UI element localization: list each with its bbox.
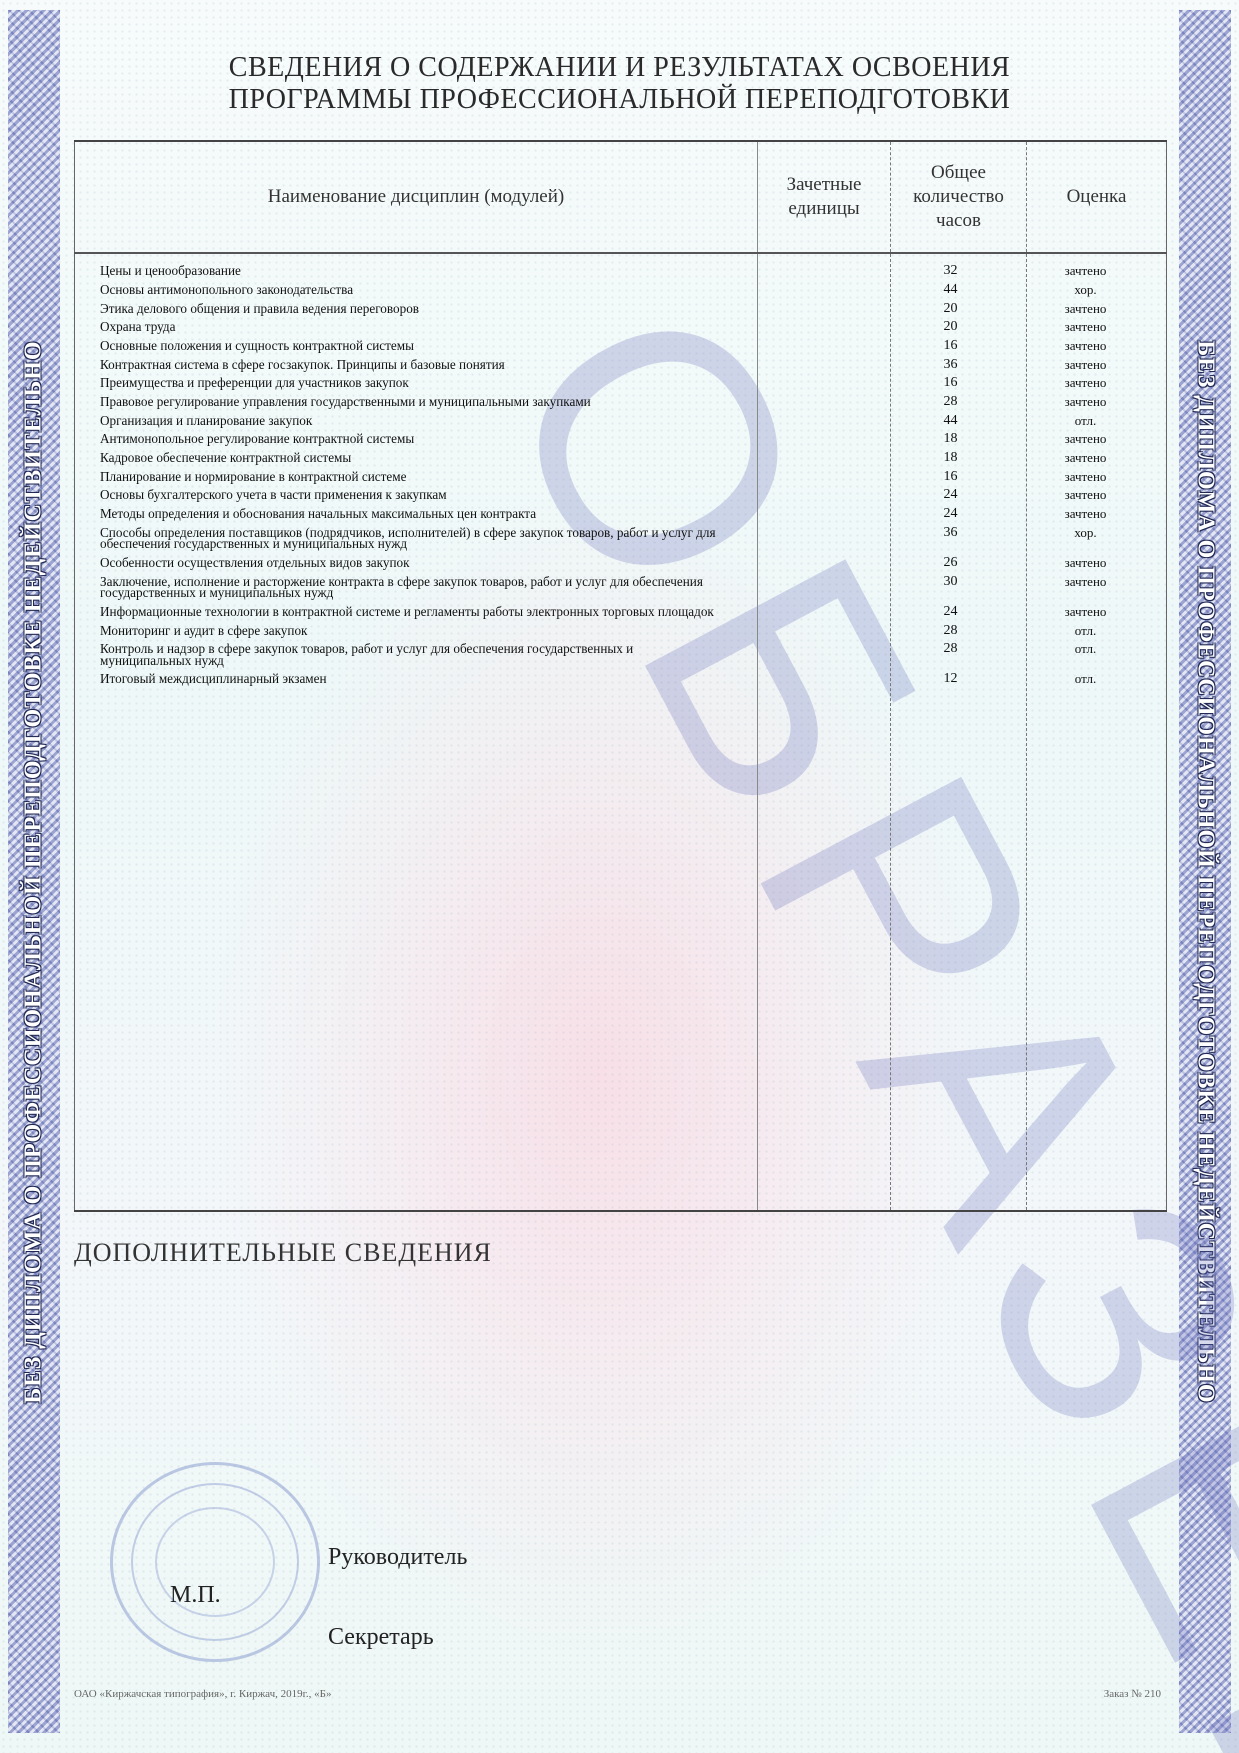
grade-cell: зачтено bbox=[1017, 489, 1154, 501]
seal-label: М.П. bbox=[170, 1582, 221, 1609]
table-row: Антимонопольное регулирование контрактно… bbox=[74, 426, 1154, 445]
credit-units-cell bbox=[754, 359, 884, 371]
grade-cell: зачтено bbox=[1017, 303, 1154, 315]
discipline-name-cell: Основы бухгалтерского учета в части прим… bbox=[74, 489, 720, 501]
credit-units-cell bbox=[754, 673, 884, 685]
grade-cell: зачтено bbox=[1017, 396, 1154, 408]
discipline-name-cell: Основные положения и сущность контрактно… bbox=[74, 340, 720, 352]
credit-units-cell bbox=[754, 508, 884, 520]
discipline-name-cell: Правовое регулирование управления госуда… bbox=[74, 396, 720, 408]
discipline-name-cell: Контроль и надзор в сфере закупок товаро… bbox=[74, 643, 720, 666]
left-security-border: БЕЗ ДИПЛОМА О ПРОФЕССИОНАЛЬНОЙ ПЕРЕПОДГО… bbox=[8, 10, 60, 1733]
grade-cell: зачтено bbox=[1017, 606, 1154, 618]
table-row: Кадровое обеспечение контрактной системы… bbox=[74, 445, 1154, 464]
table-row: Заключение, исполнение и расторжение кон… bbox=[74, 569, 1154, 599]
hours-cell: 44 bbox=[884, 415, 1017, 427]
credit-units-cell bbox=[754, 396, 884, 408]
header-total-hours: Общее количество часов bbox=[891, 141, 1027, 253]
credit-units-cell bbox=[754, 489, 884, 501]
discipline-name-cell: Способы определения поставщиков (подрядч… bbox=[74, 527, 720, 550]
table-row: Планирование и нормирование в контрактно… bbox=[74, 464, 1154, 483]
table-header-row: Наименование дисциплин (модулей) Зачетны… bbox=[75, 141, 1167, 253]
hours-cell: 20 bbox=[884, 321, 1017, 333]
discipline-name-cell: Кадровое обеспечение контрактной системы bbox=[74, 452, 720, 464]
table-row: Основные положения и сущность контрактно… bbox=[74, 333, 1154, 352]
header-discipline-name: Наименование дисциплин (модулей) bbox=[75, 141, 758, 253]
credit-units-cell bbox=[754, 557, 884, 569]
credit-units-cell bbox=[754, 284, 884, 296]
grade-cell: зачтено bbox=[1017, 433, 1154, 445]
table-row: Особенности осуществления отдельных видо… bbox=[74, 550, 1154, 569]
credit-units-cell bbox=[754, 321, 884, 333]
table-row: Мониторинг и аудит в сфере закупок28отл. bbox=[74, 617, 1154, 636]
grade-cell: зачтено bbox=[1017, 340, 1154, 352]
credit-units-cell bbox=[754, 340, 884, 352]
grade-cell: отл. bbox=[1017, 625, 1154, 637]
discipline-name-cell: Этика делового общения и правила ведения… bbox=[74, 303, 720, 315]
title-line-1: Сведения о содержании и результатах осво… bbox=[0, 52, 1239, 84]
grade-cell: отл. bbox=[1017, 415, 1154, 427]
hours-cell: 44 bbox=[884, 284, 1017, 296]
hours-cell: 16 bbox=[884, 471, 1017, 483]
discipline-name-cell: Цены и ценообразование bbox=[74, 265, 720, 277]
grade-cell: зачтено bbox=[1017, 508, 1154, 520]
page-title: Сведения о содержании и результатах осво… bbox=[0, 52, 1239, 116]
discipline-name-cell: Планирование и нормирование в контрактно… bbox=[74, 471, 720, 483]
discipline-name-cell: Охрана труда bbox=[74, 321, 720, 333]
hours-cell: 36 bbox=[884, 359, 1017, 371]
left-border-text: БЕЗ ДИПЛОМА О ПРОФЕССИОНАЛЬНОЙ ПЕРЕПОДГО… bbox=[21, 340, 48, 1403]
table-row: Правовое регулирование управления госуда… bbox=[74, 389, 1154, 408]
credit-units-cell bbox=[754, 606, 884, 618]
credit-units-cell bbox=[754, 471, 884, 483]
secretary-signature-label: Секретарь bbox=[328, 1624, 434, 1651]
table-row: Информационные технологии в контрактной … bbox=[74, 599, 1154, 618]
discipline-name-cell: Преимущества и преференции для участнико… bbox=[74, 377, 720, 389]
hours-cell: 20 bbox=[884, 303, 1017, 315]
credit-units-cell bbox=[754, 452, 884, 464]
table-row: Этика делового общения и правила ведения… bbox=[74, 295, 1154, 314]
grade-cell: хор. bbox=[1017, 284, 1154, 296]
grade-cell: зачтено bbox=[1017, 471, 1154, 483]
printer-info: ОАО «Киржачская типография», г. Киржач, … bbox=[74, 1688, 332, 1700]
header-grade: Оценка bbox=[1027, 141, 1167, 253]
grade-cell: зачтено bbox=[1017, 557, 1154, 569]
hours-cell: 36 bbox=[884, 527, 1017, 550]
discipline-name-cell: Итоговый междисциплинарный экзамен bbox=[74, 673, 720, 685]
credit-units-cell bbox=[754, 527, 884, 550]
discipline-name-cell: Мониторинг и аудит в сфере закупок bbox=[74, 625, 720, 637]
table-row: Итоговый междисциплинарный экзамен12отл. bbox=[74, 666, 1154, 685]
credit-units-cell bbox=[754, 265, 884, 277]
right-border-text: БЕЗ ДИПЛОМА О ПРОФЕССИОНАЛЬНОЙ ПЕРЕПОДГО… bbox=[1192, 340, 1219, 1403]
discipline-name-cell: Информационные технологии в контрактной … bbox=[74, 606, 720, 618]
credit-units-cell bbox=[754, 415, 884, 427]
header-credit-units-text: Зачетные единицы bbox=[779, 173, 869, 221]
order-number: Заказ № 210 bbox=[1104, 1688, 1161, 1700]
table-row: Охрана труда20зачтено bbox=[74, 314, 1154, 333]
grade-cell: отл. bbox=[1017, 673, 1154, 685]
table-row: Основы бухгалтерского учета в части прим… bbox=[74, 482, 1154, 501]
discipline-name-cell: Основы антимонопольного законодательства bbox=[74, 284, 720, 296]
disciplines-list: Цены и ценообразование32зачтеноОсновы ан… bbox=[74, 258, 1154, 685]
hours-cell: 28 bbox=[884, 396, 1017, 408]
title-line-2: программы профессиональной переподготовк… bbox=[0, 84, 1239, 116]
grade-cell: отл. bbox=[1017, 643, 1154, 666]
table-row: Цены и ценообразование32зачтено bbox=[74, 258, 1154, 277]
credit-units-cell bbox=[754, 643, 884, 666]
hours-cell: 26 bbox=[884, 557, 1017, 569]
credit-units-cell bbox=[754, 303, 884, 315]
table-row: Преимущества и преференции для участнико… bbox=[74, 370, 1154, 389]
credit-units-cell bbox=[754, 377, 884, 389]
hours-cell: 12 bbox=[884, 673, 1017, 685]
table-row: Организация и планирование закупок44отл. bbox=[74, 408, 1154, 427]
additional-info-title-text: Дополнительные сведения bbox=[74, 1238, 492, 1267]
table-row: Основы антимонопольного законодательства… bbox=[74, 277, 1154, 296]
grade-cell: зачтено bbox=[1017, 359, 1154, 371]
grade-cell: зачтено bbox=[1017, 321, 1154, 333]
credit-units-cell bbox=[754, 576, 884, 599]
hours-cell: 28 bbox=[884, 625, 1017, 637]
hours-cell: 16 bbox=[884, 377, 1017, 389]
grade-cell: зачтено bbox=[1017, 265, 1154, 277]
hours-cell: 24 bbox=[884, 606, 1017, 618]
header-credit-units: Зачетные единицы bbox=[758, 141, 891, 253]
hours-cell: 18 bbox=[884, 452, 1017, 464]
discipline-name-cell: Особенности осуществления отдельных видо… bbox=[74, 557, 720, 569]
discipline-name-cell: Контрактная система в сфере госзакупок. … bbox=[74, 359, 720, 371]
grade-cell: хор. bbox=[1017, 527, 1154, 550]
table-row: Способы определения поставщиков (подрядч… bbox=[74, 520, 1154, 550]
hours-cell: 18 bbox=[884, 433, 1017, 445]
hours-cell: 32 bbox=[884, 265, 1017, 277]
grade-cell: зачтено bbox=[1017, 576, 1154, 599]
additional-info-title: Дополнительные сведения bbox=[74, 1238, 492, 1268]
official-stamp bbox=[110, 1462, 320, 1662]
hours-cell: 24 bbox=[884, 489, 1017, 501]
grade-cell: зачтено bbox=[1017, 452, 1154, 464]
hours-cell: 30 bbox=[884, 576, 1017, 599]
discipline-name-cell: Антимонопольное регулирование контрактно… bbox=[74, 433, 720, 445]
header-total-hours-text: Общее количество часов bbox=[909, 161, 1009, 233]
table-row: Методы определения и обоснования начальн… bbox=[74, 501, 1154, 520]
discipline-name-cell: Заключение, исполнение и расторжение кон… bbox=[74, 576, 720, 599]
hours-cell: 28 bbox=[884, 643, 1017, 666]
hours-cell: 24 bbox=[884, 508, 1017, 520]
table-row: Контроль и надзор в сфере закупок товаро… bbox=[74, 636, 1154, 666]
right-security-border: БЕЗ ДИПЛОМА О ПРОФЕССИОНАЛЬНОЙ ПЕРЕПОДГО… bbox=[1179, 10, 1231, 1733]
discipline-name-cell: Методы определения и обоснования начальн… bbox=[74, 508, 720, 520]
discipline-name-cell: Организация и планирование закупок bbox=[74, 415, 720, 427]
table-row: Контрактная система в сфере госзакупок. … bbox=[74, 351, 1154, 370]
head-signature-label: Руководитель bbox=[328, 1544, 467, 1571]
credit-units-cell bbox=[754, 625, 884, 637]
grade-cell: зачтено bbox=[1017, 377, 1154, 389]
hours-cell: 16 bbox=[884, 340, 1017, 352]
credit-units-cell bbox=[754, 433, 884, 445]
